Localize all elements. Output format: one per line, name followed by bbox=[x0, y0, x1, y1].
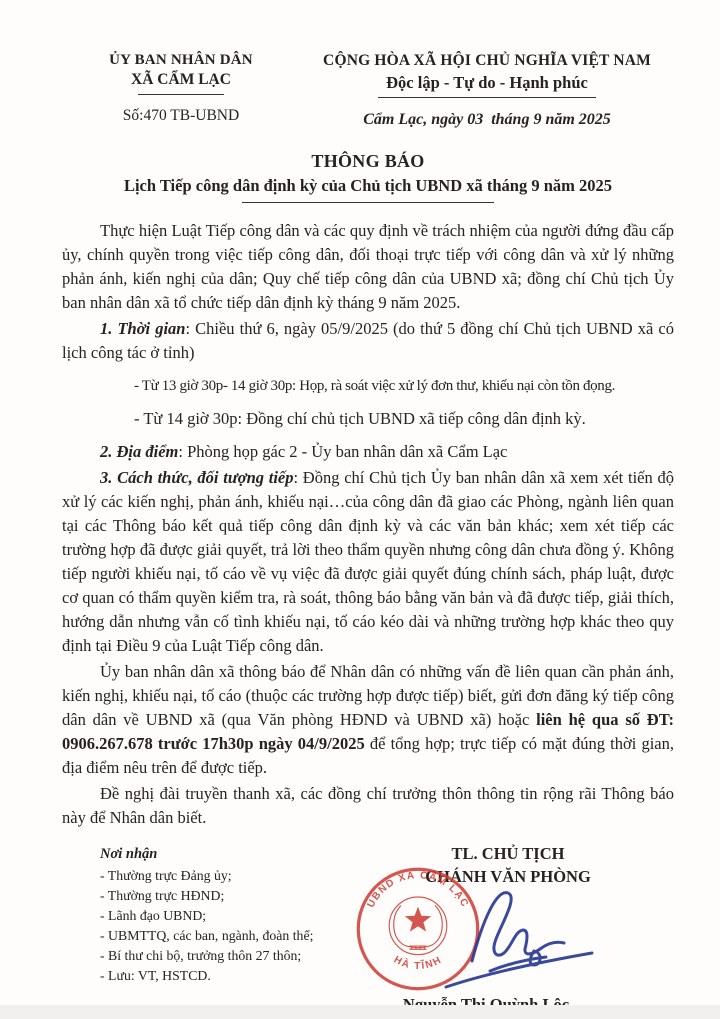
section-method-text: : Đồng chí Chủ tịch Ủy ban nhân dân xã x… bbox=[62, 468, 674, 655]
recipients-title: Nơi nhận bbox=[100, 844, 313, 864]
document-number: Số:470 TB-UBND bbox=[62, 107, 300, 125]
signature-block: TL. CHỦ TỊCH CHÁNH VĂN PHÒNG bbox=[342, 844, 674, 1015]
signer-authority-title: TL. CHỦ TỊCH bbox=[342, 844, 674, 864]
paragraph-preamble: Thực hiện Luật Tiếp công dân và các quy … bbox=[62, 219, 674, 315]
section-location-text: : Phòng họp gác 2 - Ủy ban nhân dân xã C… bbox=[178, 442, 507, 461]
document-page: ỦY BAN NHÂN DÂN XÃ CẨM LẠC Số:470 TB-UBN… bbox=[0, 0, 720, 1019]
national-motto: Độc lập - Tự do - Hạnh phúc bbox=[300, 73, 674, 93]
section-time: 1. Thời gian: Chiều thứ 6, ngày 05/9/202… bbox=[62, 317, 674, 365]
recipients-block: Nơi nhận - Thường trực Đảng ủy; - Thường… bbox=[100, 844, 313, 1015]
document-content: ỦY BAN NHÂN DÂN XÃ CẨM LẠC Số:470 TB-UBN… bbox=[0, 0, 720, 1015]
seal-and-signature-area: UBND XÃ CẨM LẠC HÀ TĨNH bbox=[342, 887, 674, 993]
recipient-item: - Lưu: VT, HSTCD. bbox=[100, 966, 313, 986]
recipient-item: - Lãnh đạo UBND; bbox=[100, 906, 313, 926]
photo-edge-strip bbox=[0, 1005, 720, 1019]
seal-text-bottom: HÀ TĨNH bbox=[392, 954, 444, 971]
document-subject-title: Lịch Tiếp công dân định kỳ của Chủ tịch … bbox=[62, 176, 674, 196]
place-date-line: Cẩm Lạc, ngày 03 tháng 9 năm 2025 bbox=[300, 111, 674, 129]
section-location-label: 2. Địa điểm bbox=[100, 442, 178, 461]
document-body: Thực hiện Luật Tiếp công dân và các quy … bbox=[62, 219, 674, 830]
issuing-authority-line1: ỦY BAN NHÂN DÂN bbox=[62, 52, 300, 69]
document-header: ỦY BAN NHÂN DÂN XÃ CẨM LẠC Số:470 TB-UBN… bbox=[62, 52, 674, 129]
section-method: 3. Cách thức, đối tượng tiếp: Đồng chí C… bbox=[62, 466, 674, 658]
recipient-item: - Bí thư chi bộ, trưởng thôn 27 thôn; bbox=[100, 946, 313, 966]
handwritten-signature-icon bbox=[438, 873, 608, 995]
document-type-title: THÔNG BÁO bbox=[62, 151, 674, 172]
time-slot-item-2: - Từ 14 giờ 30p: Đồng chí chủ tịch UBND … bbox=[62, 407, 674, 431]
section-method-label: 3. Cách thức, đối tượng tiếp bbox=[100, 468, 293, 487]
title-block: THÔNG BÁO Lịch Tiếp công dân định kỳ của… bbox=[62, 151, 674, 203]
svg-text:HÀ TĨNH: HÀ TĨNH bbox=[392, 954, 444, 971]
recipient-item: - Thường trực HĐND; bbox=[100, 886, 313, 906]
header-left-rule bbox=[138, 94, 224, 95]
title-rule bbox=[242, 202, 494, 203]
paragraph-notice: Ủy ban nhân dân xã thông báo để Nhân dân… bbox=[62, 660, 674, 780]
national-title: CỘNG HÒA XÃ HỘI CHỦ NGHĨA VIỆT NAM bbox=[300, 52, 674, 70]
national-motto-block: CỘNG HÒA XÃ HỘI CHỦ NGHĨA VIỆT NAM Độc l… bbox=[300, 52, 674, 129]
section-location: 2. Địa điểm: Phòng họp gác 2 - Ủy ban nh… bbox=[62, 440, 674, 464]
recipient-item: - Thường trực Đảng ủy; bbox=[100, 866, 313, 886]
document-footer: Nơi nhận - Thường trực Đảng ủy; - Thường… bbox=[62, 844, 674, 1015]
header-right-rule bbox=[378, 97, 596, 98]
paragraph-broadcast-request: Đề nghị đài truyền thanh xã, các đồng ch… bbox=[62, 782, 674, 830]
recipient-item: - UBMTTQ, các ban, ngành, đoàn thể; bbox=[100, 926, 313, 946]
issuing-authority-block: ỦY BAN NHÂN DÂN XÃ CẨM LẠC Số:470 TB-UBN… bbox=[62, 52, 300, 125]
time-slot-item-1: - Từ 13 giờ 30p- 14 giờ 30p: Họp, rà soá… bbox=[62, 374, 674, 398]
seal-star bbox=[405, 907, 431, 932]
section-time-label: 1. Thời gian bbox=[100, 319, 185, 338]
issuing-authority-line2: XÃ CẨM LẠC bbox=[62, 71, 300, 89]
